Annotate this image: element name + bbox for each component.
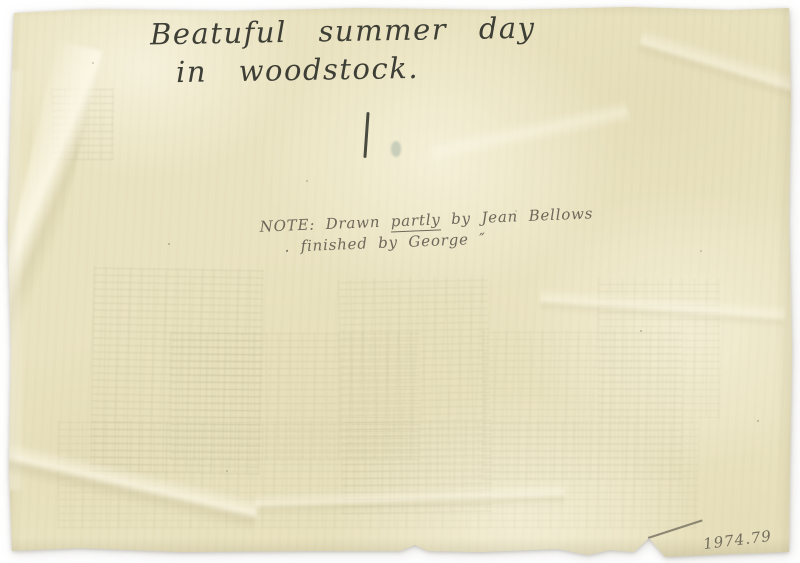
paper-speckles (0, 0, 2, 2)
inscription-title-line-1: Beatuful summer day (150, 11, 536, 52)
small-stain (391, 141, 401, 157)
wrinkle-crease (636, 28, 800, 116)
numeral-1-pencil-mark (363, 112, 369, 158)
accession-number: 1974.79 (702, 527, 773, 553)
note-inscription: NOTE: Drawn partly by Jean Bellows . fin… (259, 204, 594, 256)
show-through-buildings-left (90, 267, 264, 475)
photo-backdrop: Beatuful summer day in woodstock. NOTE: … (0, 0, 800, 563)
wrinkle-crease (430, 99, 631, 164)
pencil-line-at-tear (648, 519, 703, 538)
note-underlined-word: partly (390, 210, 441, 232)
show-through-church-tower (338, 277, 492, 515)
show-through-buildings-bottom (58, 420, 698, 528)
paper-verso: Beatuful summer day in woodstock. NOTE: … (0, 0, 800, 563)
show-through-smudge-right (598, 278, 720, 418)
show-through-smudge-center (482, 330, 682, 480)
wrinkle-crease (8, 70, 28, 490)
show-through-buildings-mid (170, 332, 420, 460)
wrinkle-crease (0, 438, 260, 532)
wrinkle-crease (539, 287, 785, 328)
wrinkle-crease (0, 41, 102, 353)
paper-shadow-wrap: Beatuful summer day in woodstock. NOTE: … (0, 0, 800, 563)
wrinkle-crease (255, 483, 566, 516)
note-prefix: NOTE: Drawn (259, 212, 391, 235)
note-suffix: by Jean Bellows (440, 204, 593, 228)
show-through-smudge (52, 88, 114, 160)
inscription-title-line-2: in woodstock. (176, 51, 420, 89)
